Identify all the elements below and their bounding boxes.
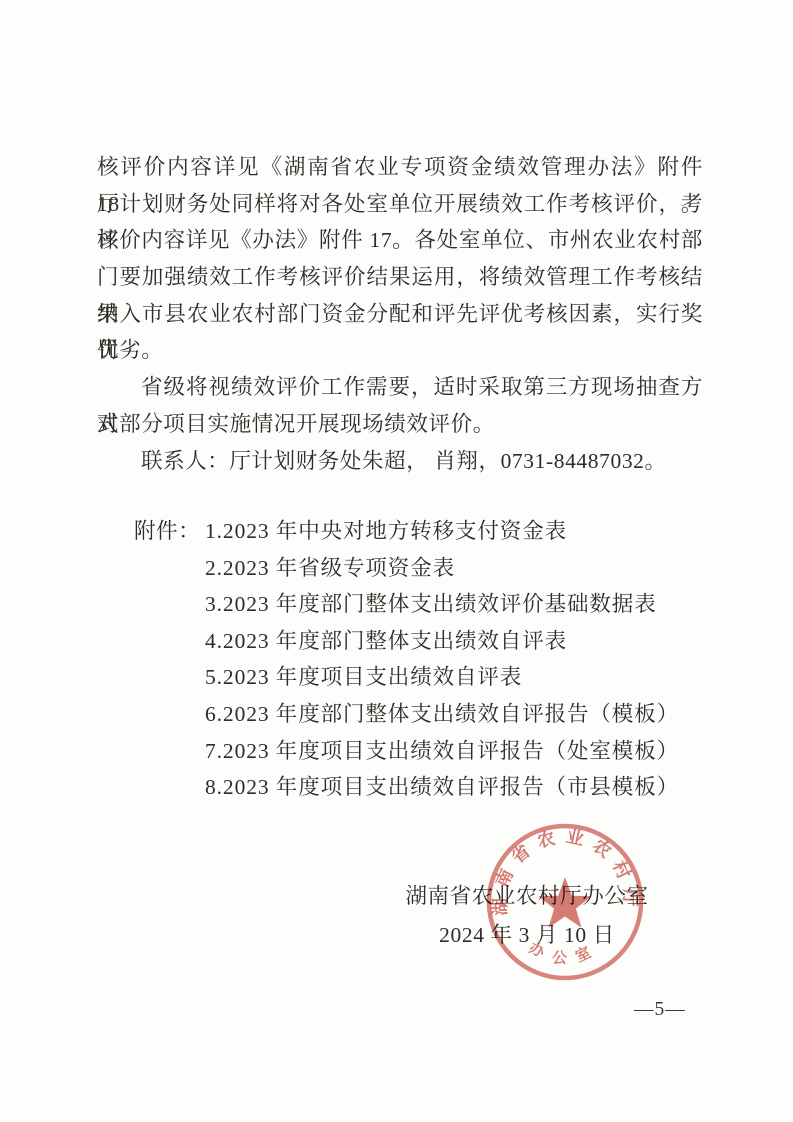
attachments-list: 1.2023 年中央对地方转移支付资金表2.2023 年省级专项资金表3.202… xyxy=(205,513,679,806)
attachment-item: 2.2023 年省级专项资金表 xyxy=(205,550,679,587)
attachment-item: 1.2023 年中央对地方转移支付资金表 xyxy=(205,513,679,550)
text-line: 罚劣。 xyxy=(97,332,703,369)
body-text: 核评价内容详见《湖南省农业专项资金绩效管理办法》附件 18。厅计划财务处同样将对… xyxy=(97,149,703,479)
text-line: 纳入市县农业农村部门资金分配和评先评优考核因素，实行奖优 xyxy=(97,296,703,333)
document-page: 核评价内容详见《湖南省农业专项资金绩效管理办法》附件 18。厅计划财务处同样将对… xyxy=(0,0,793,1122)
text-line: 门要加强绩效工作考核评价结果运用，将绩效管理工作考核结果 xyxy=(97,259,703,296)
attachment-item: 6.2023 年度部门整体支出绩效自评报告（模板） xyxy=(205,696,679,733)
paragraph-performance-evaluation: 核评价内容详见《湖南省农业专项资金绩效管理办法》附件 18。厅计划财务处同样将对… xyxy=(97,149,703,369)
attachment-item: 4.2023 年度部门整体支出绩效自评表 xyxy=(205,623,679,660)
paragraph-onsite-evaluation: 省级将视绩效评价工作需要，适时采取第三方现场抽查方式对部分项目实施情况开展现场绩… xyxy=(97,369,703,442)
page-number: —5— xyxy=(634,999,686,1021)
signature-date: 2024 年 3 月 10 日 xyxy=(376,923,678,947)
attachment-item: 5.2023 年度项目支出绩效自评表 xyxy=(205,659,679,696)
attachment-item: 8.2023 年度项目支出绩效自评报告（市县模板） xyxy=(205,769,679,806)
signature-block: 湖南省农业农村厅办公室 2024 年 3 月 10 日 xyxy=(376,884,678,947)
signature-issuer: 湖南省农业农村厅办公室 xyxy=(376,884,678,908)
attachment-item: 7.2023 年度项目支出绩效自评报告（处室模板） xyxy=(205,733,679,770)
text-line: 省级将视绩效评价工作需要，适时采取第三方现场抽查方式 xyxy=(97,369,703,406)
text-line: 厅计划财务处同样将对各处室单位开展绩效工作考核评价，考核 xyxy=(97,186,703,223)
attachment-item: 3.2023 年度部门整体支出绩效评价基础数据表 xyxy=(205,586,679,623)
text-line: 核评价内容详见《湖南省农业专项资金绩效管理办法》附件 18。 xyxy=(97,149,703,186)
text-line: 评价内容详见《办法》附件 17。各处室单位、市州农业农村部 xyxy=(97,222,703,259)
text-line: 对部分项目实施情况开展现场绩效评价。 xyxy=(97,406,703,443)
attachments-label: 附件： xyxy=(134,513,200,550)
contact-line: 联系人：厅计划财务处朱超， 肖翔，0731-84487032。 xyxy=(97,443,703,480)
